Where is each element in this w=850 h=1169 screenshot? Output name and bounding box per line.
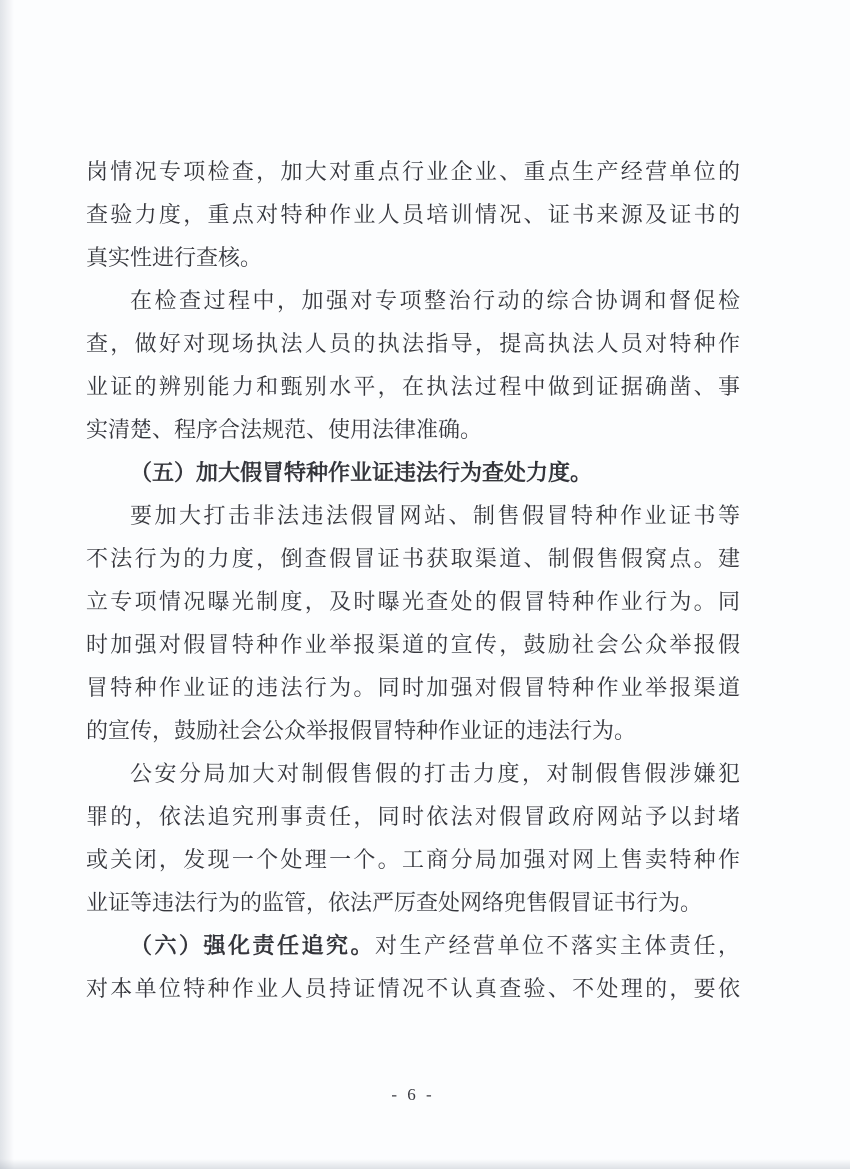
text-line: 时加强对假冒特种作业举报渠道的宣传，鼓励社会公众举报假: [86, 623, 740, 666]
text-line: 公安分局加大对制假售假的打击力度，对制假售假涉嫌犯: [86, 752, 740, 795]
document-page: 岗情况专项检查，加大对重点行业企业、重点生产经营单位的查验力度，重点对特种作业人…: [0, 0, 850, 1169]
page-number: - 6 -: [86, 1083, 740, 1107]
heading-line: （五）加大假冒特种作业证违法行为查处力度。: [86, 451, 740, 494]
text-line: 真实性进行查核。: [86, 236, 740, 279]
text-line: 对本单位特种作业人员持证情况不认真查验、不处理的，要依: [86, 967, 740, 1010]
document-text: 岗情况专项检查，加大对重点行业企业、重点生产经营单位的查验力度，重点对特种作业人…: [86, 150, 740, 1010]
text-line: （六）强化责任追究。对生产经营单位不落实主体责任，: [86, 924, 740, 967]
text-line: 业证等违法行为的监管，依法严厉查处网络兜售假冒证书行为。: [86, 881, 740, 924]
text-line: 罪的，依法追究刑事责任，同时依法对假冒政府网站予以封堵: [86, 795, 740, 838]
text-line: 在检查过程中，加强对专项整治行动的综合协调和督促检: [86, 279, 740, 322]
text-line: 的宣传，鼓励社会公众举报假冒特种作业证的违法行为。: [86, 709, 740, 752]
text-line: 不法行为的力度，倒查假冒证书获取渠道、制假售假窝点。建: [86, 537, 740, 580]
text-line: 冒特种作业证的违法行为。同时加强对假冒特种作业举报渠道: [86, 666, 740, 709]
text-line: 实清楚、程序合法规范、使用法律准确。: [86, 408, 740, 451]
text-line: 岗情况专项检查，加大对重点行业企业、重点生产经营单位的: [86, 150, 740, 193]
text-run: 对生产经营单位不落实主体责任，: [375, 933, 740, 958]
bold-run: （六）强化责任追究。: [130, 933, 375, 958]
text-line: 立专项情况曝光制度，及时曝光查处的假冒特种作业行为。同: [86, 580, 740, 623]
text-line: 查，做好对现场执法人员的执法指导，提高执法人员对特种作: [86, 322, 740, 365]
text-line: 业证的辨别能力和甄别水平，在执法过程中做到证据确凿、事: [86, 365, 740, 408]
text-line: 查验力度，重点对特种作业人员培训情况、证书来源及证书的: [86, 193, 740, 236]
text-line: 或关闭，发现一个处理一个。工商分局加强对网上售卖特种作: [86, 838, 740, 881]
text-line: 要加大打击非法违法假冒网站、制售假冒特种作业证书等: [86, 494, 740, 537]
